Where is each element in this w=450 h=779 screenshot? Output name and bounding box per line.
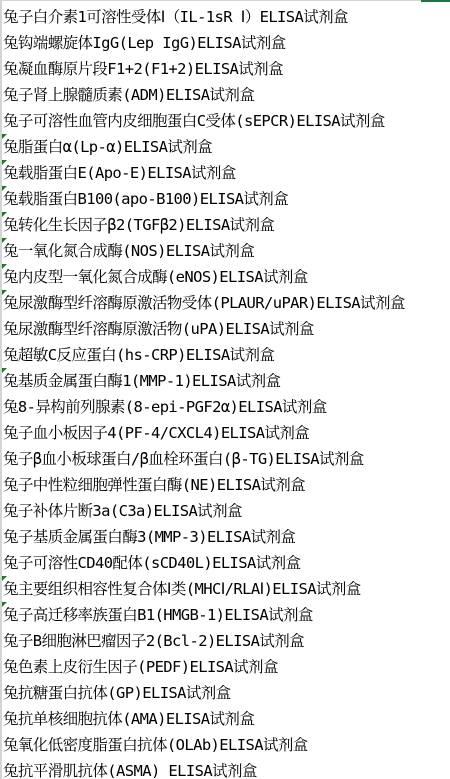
cell-text: 兔子β血小板球蛋白/β血栓环蛋白(β-TG)ELISA试剂盒 <box>3 450 364 468</box>
cell-text: 兔子血小板因子4(PF-4/CXCL4)ELISA试剂盒 <box>3 424 309 442</box>
error-indicator-icon[interactable] <box>2 290 7 295</box>
cell-text: 兔子B细胞淋巴瘤因子2(Bcl-2)ELISA试剂盒 <box>3 632 304 650</box>
error-indicator-icon[interactable] <box>2 134 7 139</box>
cell-text: 兔尿激酶型纤溶酶原激活物受体(PLAUR/uPAR)ELISA试剂盒 <box>3 294 405 312</box>
cell-text: 兔抗糖蛋白抗体(GP)ELISA试剂盒 <box>3 684 231 702</box>
cell-row-11[interactable]: 兔内皮型一氧化氮合成酶(eNOS)ELISA试剂盒 <box>2 264 450 290</box>
cell-row-24[interactable]: 兔子高迁移率族蛋白B1(HMGB-1)ELISA试剂盒 <box>2 602 450 628</box>
cell-text: 兔凝血酶原片段F1+2(F1+2)ELISA试剂盒 <box>3 60 283 78</box>
cell-text: 兔基质金属蛋白酶1(MMP-1)ELISA试剂盒 <box>3 372 280 390</box>
cell-text: 兔子可溶性血管内皮细胞蛋白C受体(sEPCR)ELISA试剂盒 <box>3 112 385 130</box>
cell-row-3[interactable]: 兔凝血酶原片段F1+2(F1+2)ELISA试剂盒 <box>2 56 450 82</box>
cell-text: 兔超敏C反应蛋白(hs-CRP)ELISA试剂盒 <box>3 346 274 364</box>
cell-text: 兔内皮型一氧化氮合成酶(eNOS)ELISA试剂盒 <box>3 268 308 286</box>
cell-row-22[interactable]: 兔子可溶性CD40配体(sCD40L)ELISA试剂盒 <box>2 550 450 576</box>
error-indicator-icon[interactable] <box>2 186 7 191</box>
cell-row-17[interactable]: 兔子血小板因子4(PF-4/CXCL4)ELISA试剂盒 <box>2 420 450 446</box>
error-indicator-icon[interactable] <box>2 212 7 217</box>
cell-text: 兔子中性粒细胞弹性蛋白酶(NE)ELISA试剂盒 <box>3 476 305 494</box>
cell-text: 兔抗单核细胞抗体(AMA)ELISA试剂盒 <box>3 710 254 728</box>
sheet-top-border <box>0 0 450 1</box>
cell-text: 兔子补体片断3a(C3a)ELISA试剂盒 <box>3 502 242 520</box>
cell-text: 兔子白介素1可溶性受体Ⅰ（IL-1sR Ⅰ）ELISA试剂盒 <box>3 8 348 26</box>
cell-row-5[interactable]: 兔子可溶性血管内皮细胞蛋白C受体(sEPCR)ELISA试剂盒 <box>2 108 450 134</box>
cell-row-9[interactable]: 兔转化生长因子β2(TGFβ2)ELISA试剂盒 <box>2 212 450 238</box>
cell-text: 兔转化生长因子β2(TGFβ2)ELISA试剂盒 <box>3 216 274 234</box>
cell-row-30[interactable]: 兔抗平滑肌抗体(ASMA) ELISA试剂盒 <box>2 758 450 779</box>
cell-row-19[interactable]: 兔子中性粒细胞弹性蛋白酶(NE)ELISA试剂盒 <box>2 472 450 498</box>
cell-text: 兔尿激酶型纤溶酶原激活物(uPA)ELISA试剂盒 <box>3 320 314 338</box>
cell-text: 兔氧化低密度脂蛋白抗体(OLAb)ELISA试剂盒 <box>3 736 308 754</box>
cell-row-10[interactable]: 兔一氧化氮合成酶(NOS)ELISA试剂盒 <box>2 238 450 264</box>
cell-row-14[interactable]: 兔超敏C反应蛋白(hs-CRP)ELISA试剂盒 <box>2 342 450 368</box>
cell-row-13[interactable]: 兔尿激酶型纤溶酶原激活物(uPA)ELISA试剂盒 <box>2 316 450 342</box>
cell-text: 兔色素上皮衍生因子(PEDF)ELISA试剂盒 <box>3 658 278 676</box>
cell-row-8[interactable]: 兔载脂蛋白B100(apo-B100)ELISA试剂盒 <box>2 186 450 212</box>
error-indicator-icon[interactable] <box>2 264 7 269</box>
cell-text: 兔子基质金属蛋白酶3(MMP-3)ELISA试剂盒 <box>3 528 295 546</box>
cell-row-25[interactable]: 兔子B细胞淋巴瘤因子2(Bcl-2)ELISA试剂盒 <box>2 628 450 654</box>
spreadsheet-column: 兔子白介素1可溶性受体Ⅰ（IL-1sR Ⅰ）ELISA试剂盒 兔钩端螺旋体IgG… <box>2 4 450 779</box>
cell-text: 兔主要组织相容性复合体Ⅰ类(MHCⅠ/RLAⅠ)ELISA试剂盒 <box>3 580 361 598</box>
cell-text: 兔钩端螺旋体IgG(Lep IgG)ELISA试剂盒 <box>3 34 286 52</box>
cell-text: 兔子肾上腺髓质素(ADM)ELISA试剂盒 <box>3 86 254 104</box>
error-indicator-icon[interactable] <box>2 160 7 165</box>
cell-row-18[interactable]: 兔子β血小板球蛋白/β血栓环蛋白(β-TG)ELISA试剂盒 <box>2 446 450 472</box>
cell-text: 兔8-异构前列腺素(8-epi-PGF2α)ELISA试剂盒 <box>3 398 327 416</box>
cell-text: 兔载脂蛋白E(Apo-E)ELISA试剂盒 <box>3 164 236 182</box>
selected-column-accent <box>421 0 450 2</box>
cell-text: 兔一氧化氮合成酶(NOS)ELISA试剂盒 <box>3 242 254 260</box>
cell-text: 兔脂蛋白α(Lp-α)ELISA试剂盒 <box>3 138 212 156</box>
cell-row-16[interactable]: 兔8-异构前列腺素(8-epi-PGF2α)ELISA试剂盒 <box>2 394 450 420</box>
cell-row-21[interactable]: 兔子基质金属蛋白酶3(MMP-3)ELISA试剂盒 <box>2 524 450 550</box>
cell-row-7[interactable]: 兔载脂蛋白E(Apo-E)ELISA试剂盒 <box>2 160 450 186</box>
cell-text: 兔抗平滑肌抗体(ASMA) ELISA试剂盒 <box>3 762 257 779</box>
error-indicator-icon[interactable] <box>2 238 7 243</box>
error-indicator-icon[interactable] <box>2 576 7 581</box>
cell-row-23[interactable]: 兔主要组织相容性复合体Ⅰ类(MHCⅠ/RLAⅠ)ELISA试剂盒 <box>2 576 450 602</box>
cell-row-26[interactable]: 兔色素上皮衍生因子(PEDF)ELISA试剂盒 <box>2 654 450 680</box>
cell-row-28[interactable]: 兔抗单核细胞抗体(AMA)ELISA试剂盒 <box>2 706 450 732</box>
error-indicator-icon[interactable] <box>2 602 7 607</box>
error-indicator-icon[interactable] <box>2 368 7 373</box>
cell-row-29[interactable]: 兔氧化低密度脂蛋白抗体(OLAb)ELISA试剂盒 <box>2 732 450 758</box>
cell-row-20[interactable]: 兔子补体片断3a(C3a)ELISA试剂盒 <box>2 498 450 524</box>
cell-row-4[interactable]: 兔子肾上腺髓质素(ADM)ELISA试剂盒 <box>2 82 450 108</box>
cell-row-15[interactable]: 兔基质金属蛋白酶1(MMP-1)ELISA试剂盒 <box>2 368 450 394</box>
cell-row-6[interactable]: 兔脂蛋白α(Lp-α)ELISA试剂盒 <box>2 134 450 160</box>
cell-text: 兔载脂蛋白B100(apo-B100)ELISA试剂盒 <box>3 190 288 208</box>
cell-row-1[interactable]: 兔子白介素1可溶性受体Ⅰ（IL-1sR Ⅰ）ELISA试剂盒 <box>2 4 450 30</box>
cell-text: 兔子可溶性CD40配体(sCD40L)ELISA试剂盒 <box>3 554 300 572</box>
cell-row-12[interactable]: 兔尿激酶型纤溶酶原激活物受体(PLAUR/uPAR)ELISA试剂盒 <box>2 290 450 316</box>
cell-row-2[interactable]: 兔钩端螺旋体IgG(Lep IgG)ELISA试剂盒 <box>2 30 450 56</box>
cell-row-27[interactable]: 兔抗糖蛋白抗体(GP)ELISA试剂盒 <box>2 680 450 706</box>
cell-text: 兔子高迁移率族蛋白B1(HMGB-1)ELISA试剂盒 <box>3 606 313 624</box>
